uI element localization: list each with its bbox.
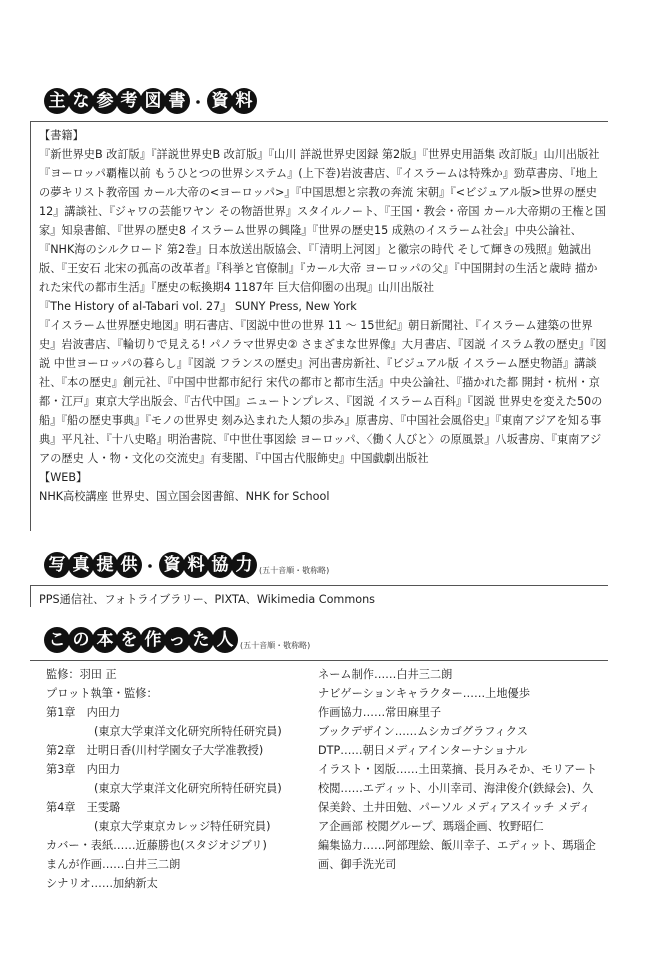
references-heading: 主 な 参 考 図 書 ・ 資 料 xyxy=(44,88,255,114)
title-char: 書 xyxy=(164,88,190,114)
credit-line: (東京大学東洋文化研究所特任研究員) xyxy=(46,722,300,741)
credit-line: 第3章 内田力 xyxy=(46,760,300,779)
title-char: た xyxy=(188,627,214,653)
web-text: NHK高校講座 世界史、国立国会図書館、NHK for School xyxy=(39,487,608,506)
credit-line: プロット執筆・監修： xyxy=(46,684,300,703)
credit-line: ネーム制作……白井三二朗 xyxy=(318,665,600,684)
credit-line: 監修：羽田 正 xyxy=(46,665,300,684)
title-char: 写 xyxy=(44,552,70,578)
credit-line: まんが作画……白井三二朗 xyxy=(46,855,300,874)
title-char: 協 xyxy=(207,552,233,578)
references-box: 【書籍】 『新世界史B 改訂版』『詳説世界史B 改訂版』『山川 詳説世界史図録 … xyxy=(30,121,608,531)
title-char: 作 xyxy=(140,627,166,653)
credit-line: シナリオ……加納新太 xyxy=(46,874,300,893)
credit-line: イラスト・図版……土田菜摘、長月みそか、モリアート xyxy=(318,760,600,779)
title-char: な xyxy=(68,88,94,114)
title-char: 参 xyxy=(92,88,118,114)
credit-line: (東京大学東京カレッジ特任研究員) xyxy=(46,817,300,836)
credit-line: 校閲……エディット、小川幸司、海津俊介(鉄緑会)、久保美鈴、土井田勉、パーソル … xyxy=(318,779,600,836)
credits-right-column: ネーム制作……白井三二朗 ナビゲーションキャラクター……上地優歩 作画協力……常… xyxy=(300,665,600,893)
references-title: 主 な 参 考 図 書 ・ 資 料 xyxy=(44,88,255,114)
title-separator: ・ xyxy=(142,554,158,577)
books-label: 【書籍】 xyxy=(39,126,608,145)
web-label: 【WEB】 xyxy=(39,468,608,487)
credit-line: ナビゲーションキャラクター……上地優歩 xyxy=(318,684,600,703)
title-char: 真 xyxy=(68,552,94,578)
title-char: 提 xyxy=(92,552,118,578)
books-text: 『新世界史B 改訂版』『詳説世界史B 改訂版』『山川 詳説世界史図録 第2版』『… xyxy=(39,145,608,468)
title-char: 資 xyxy=(159,552,185,578)
title-char: 考 xyxy=(116,88,142,114)
credits-heading: こ の 本 を 作 っ た 人 (五十音順・敬称略) xyxy=(44,627,310,653)
photo-text: PPS通信社、フォトライブラリー、PIXTA、Wikimedia Commons xyxy=(39,590,608,609)
title-char: 供 xyxy=(116,552,142,578)
photo-box: PPS通信社、フォトライブラリー、PIXTA、Wikimedia Commons xyxy=(30,585,608,607)
title-char: 人 xyxy=(212,627,238,653)
photo-note: (五十音順・敬称略) xyxy=(259,565,329,576)
credit-line: 第2章 辻明日香(川村学園女子大学准教授) xyxy=(46,741,300,760)
title-char: 図 xyxy=(140,88,166,114)
credits-box: 監修：羽田 正 プロット執筆・監修： 第1章 内田力 (東京大学東洋文化研究所特… xyxy=(30,660,608,893)
credits-title: こ の 本 を 作 っ た 人 xyxy=(44,627,236,653)
title-char: 料 xyxy=(183,552,209,578)
credit-line: カバー・表紙……近藤勝也(スタジオジブリ) xyxy=(46,836,300,855)
credits-note: (五十音順・敬称略) xyxy=(240,640,310,651)
title-char: を xyxy=(116,627,142,653)
title-separator: ・ xyxy=(190,90,206,113)
title-char: 力 xyxy=(231,552,257,578)
credits-left-column: 監修：羽田 正 プロット執筆・監修： 第1章 内田力 (東京大学東洋文化研究所特… xyxy=(30,665,300,893)
title-char: 資 xyxy=(207,88,233,114)
credit-line: 第4章 王雯璐 xyxy=(46,798,300,817)
photo-title: 写 真 提 供 ・ 資 料 協 力 xyxy=(44,552,255,578)
credit-line: DTP……朝日メディアインターナショナル xyxy=(318,741,600,760)
credit-line: 編集協力……阿部理絵、飯川幸子、エディット、瑪瑙企画、御手洗光司 xyxy=(318,836,600,874)
title-char: 料 xyxy=(231,88,257,114)
photo-heading: 写 真 提 供 ・ 資 料 協 力 (五十音順・敬称略) xyxy=(44,552,329,578)
credit-line: ブックデザイン……ムシカゴグラフィクス xyxy=(318,722,600,741)
credit-line: 第1章 内田力 xyxy=(46,703,300,722)
title-char: っ xyxy=(164,627,190,653)
credit-line: 作画協力……常田麻里子 xyxy=(318,703,600,722)
credit-line: (東京大学東洋文化研究所特任研究員) xyxy=(46,779,300,798)
title-char: 本 xyxy=(92,627,118,653)
title-char: の xyxy=(68,627,94,653)
title-char: こ xyxy=(44,627,70,653)
title-char: 主 xyxy=(44,88,70,114)
